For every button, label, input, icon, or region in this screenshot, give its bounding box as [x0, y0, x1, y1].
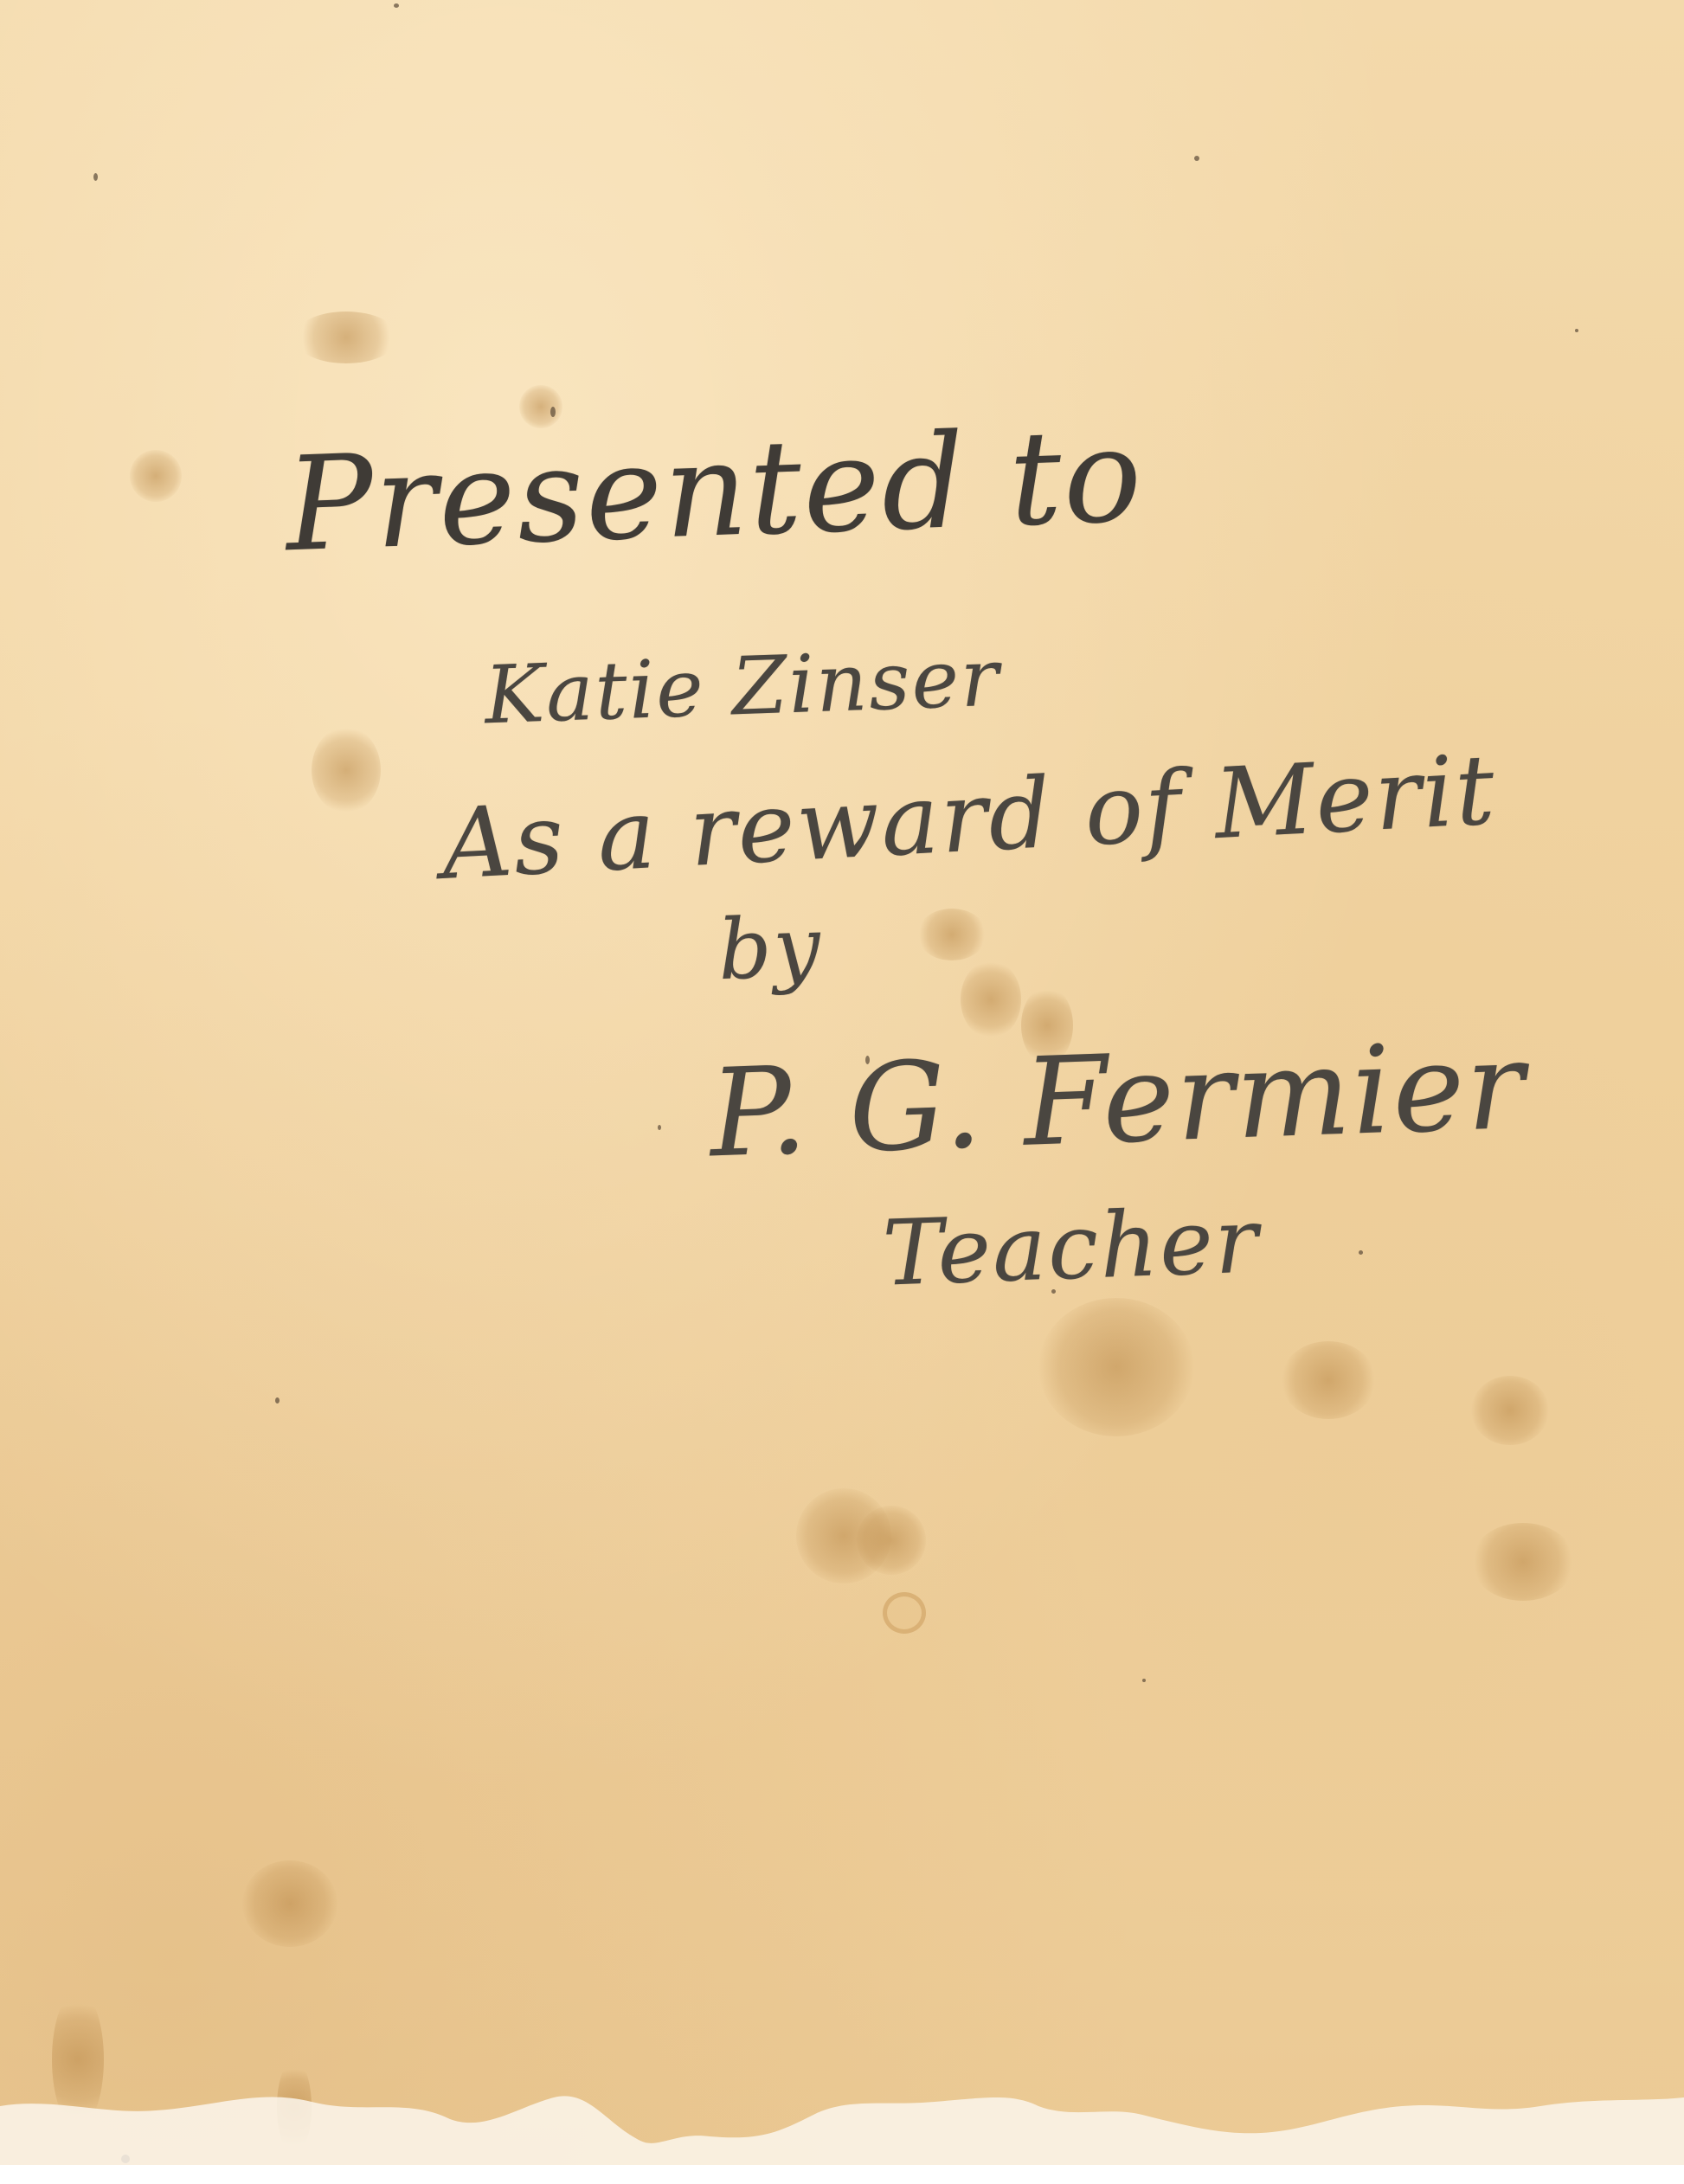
aged-paper-document: Presented to Katie Zinser As a reward of…	[0, 0, 1684, 2184]
inscription-line-title: Teacher	[881, 1187, 1261, 1306]
handwritten-inscription: Presented to Katie Zinser As a reward of…	[0, 0, 1684, 2184]
inscription-line-recipient-name: Katie Zinser	[483, 632, 1001, 742]
inscription-line-signature: P. G. Fermier	[707, 1016, 1527, 1185]
inscription-line-reward-of-merit: As a reward of Merit	[439, 734, 1499, 902]
inscription-line-by: by	[717, 898, 824, 999]
inscription-line-presented-to: Presented to	[283, 401, 1146, 581]
